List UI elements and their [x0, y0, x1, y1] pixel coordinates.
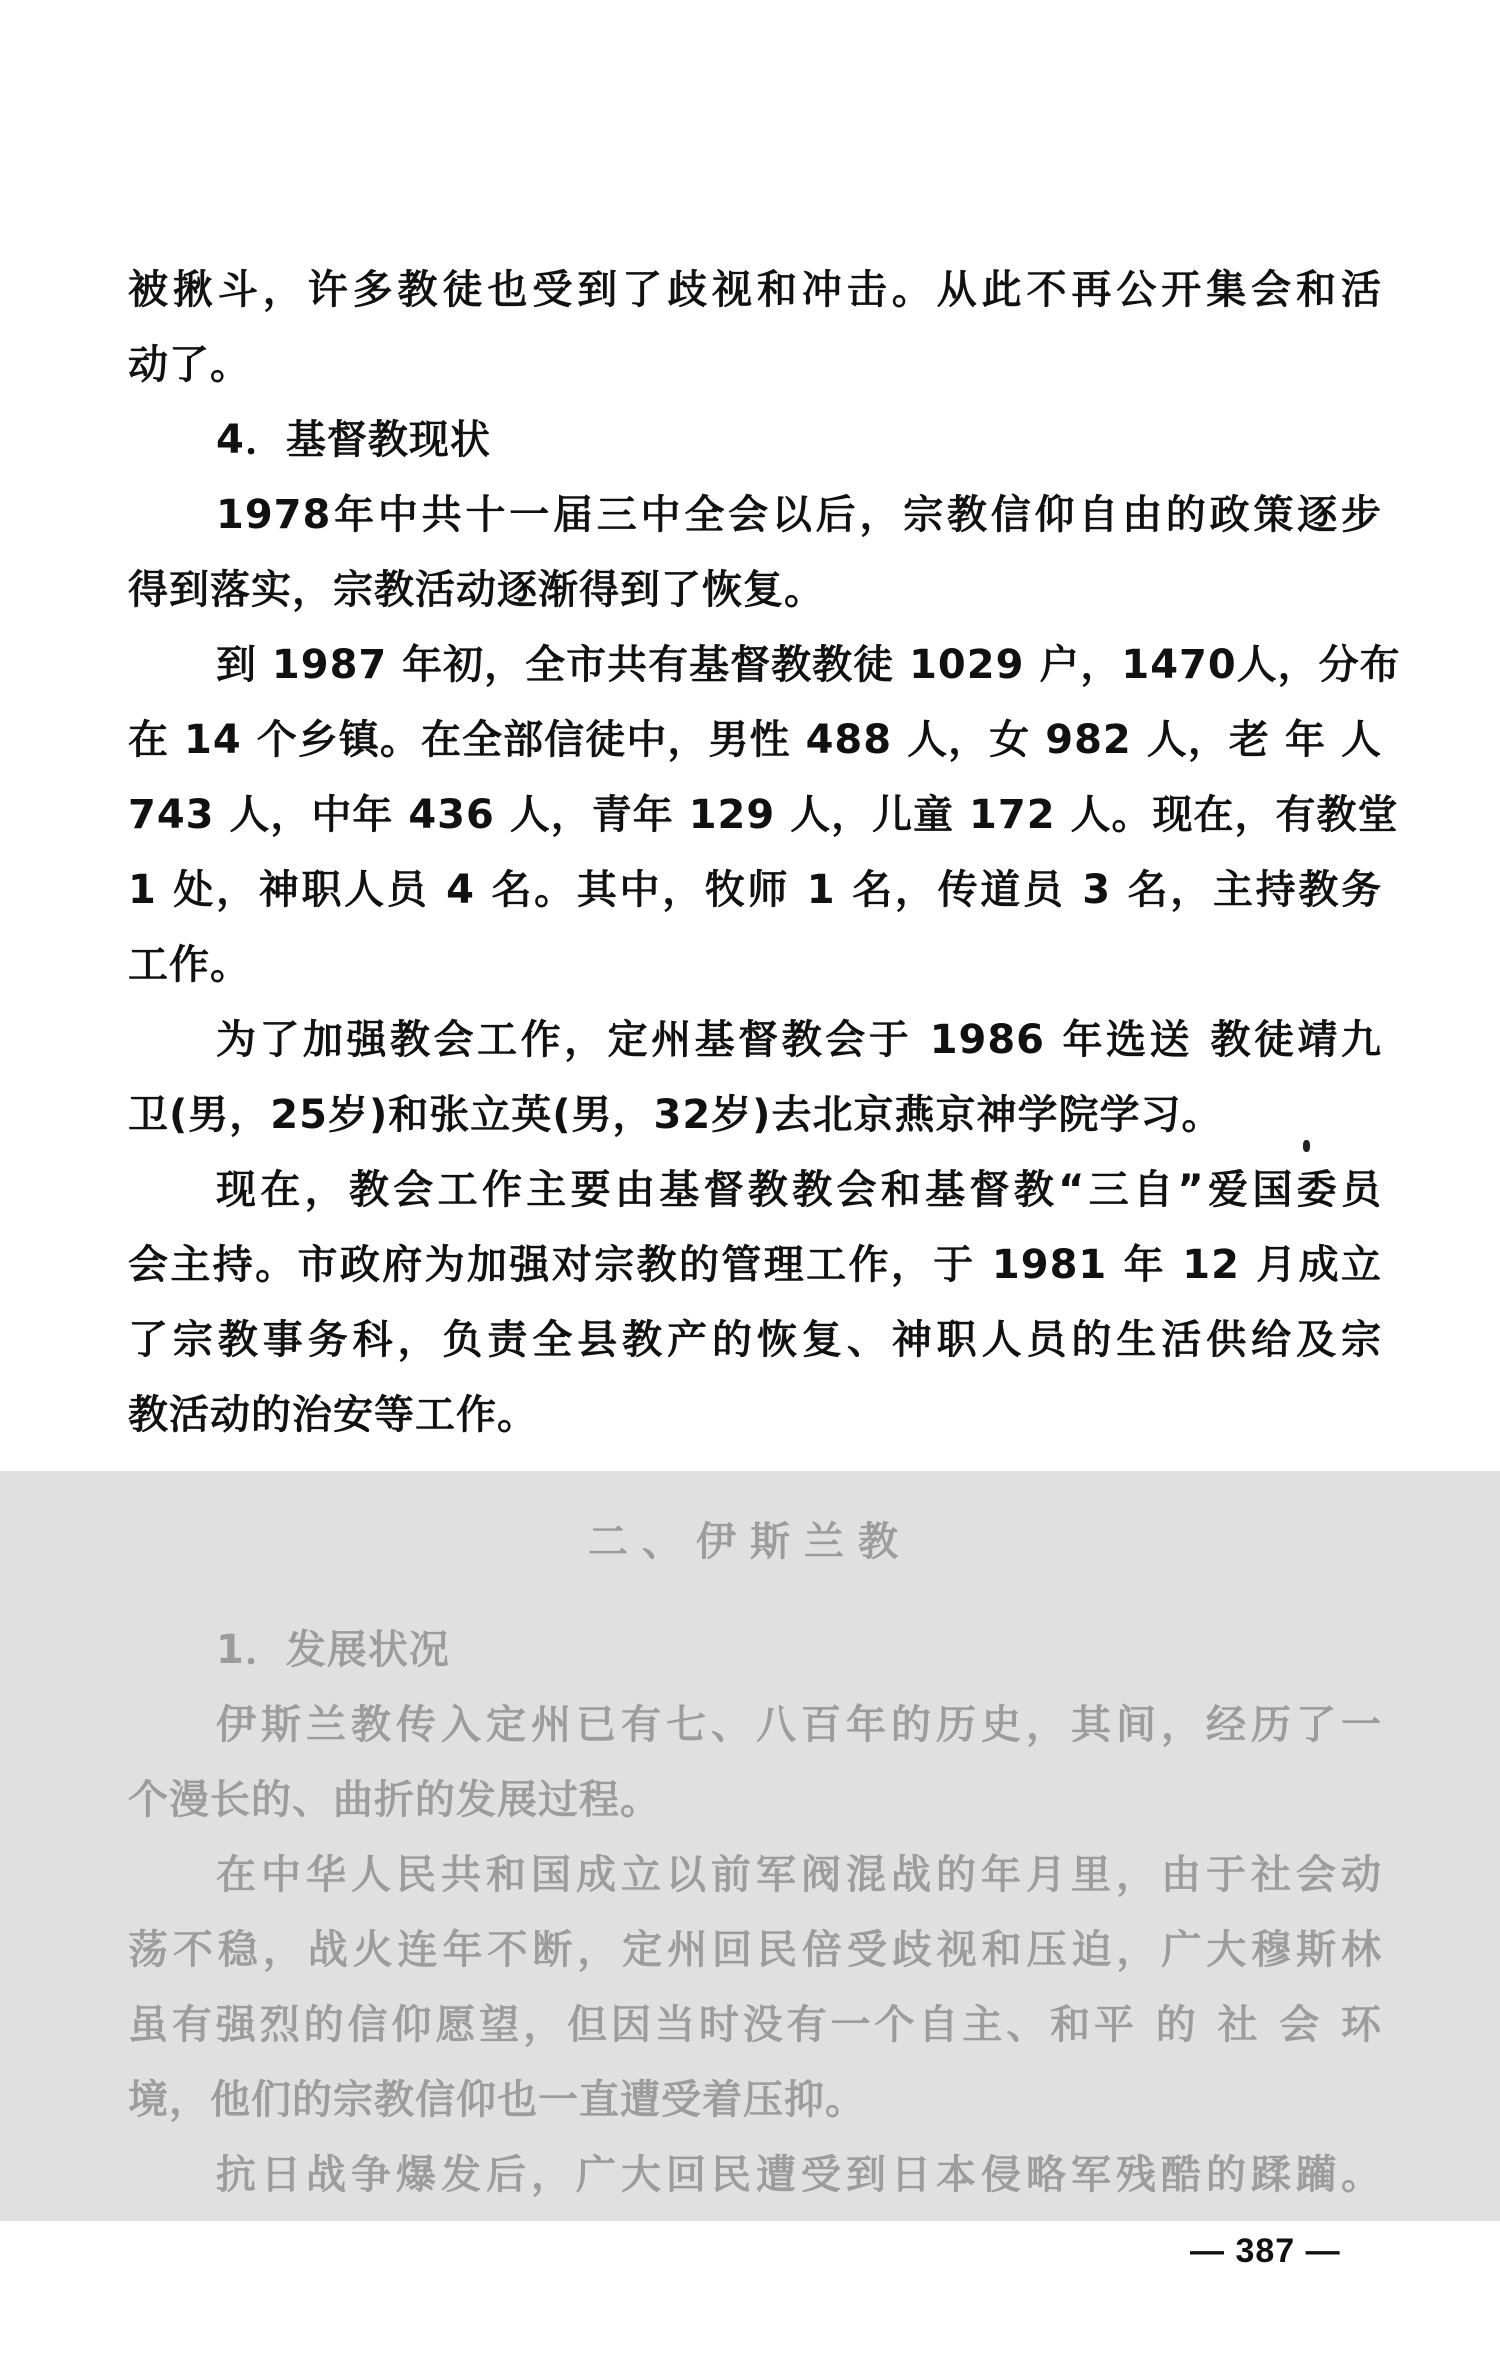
text-line: 到 1987 年初，全市共有基督教教徒 1029 户，1470人，分布 — [216, 640, 1382, 690]
text-line: 荡不稳，战火连年不断，定州回民倍受歧视和压迫，广大穆斯林 — [128, 1925, 1382, 1975]
text-line: 743 人，中年 436 人，青年 129 人，儿童 172 人。现在，有教堂 — [128, 790, 1382, 840]
subheading-christianity-status: 4．基督教现状 — [216, 415, 1470, 465]
text-line: 1978年中共十一届三中全会以后，宗教信仰自由的政策逐步 — [216, 490, 1382, 540]
document-page: 被揪斗，许多教徒也受到了歧视和冲击。从此不再公开集会和活 动了。 4．基督教现状… — [0, 0, 1500, 2370]
text-line: 1 处，神职人员 4 名。其中，牧师 1 名，传道员 3 名，主持教务 — [128, 865, 1382, 915]
text-line: 个漫长的、曲折的发展过程。 — [128, 1775, 1382, 1825]
text-line: 工作。 — [128, 940, 1382, 990]
print-speck — [1303, 1140, 1310, 1152]
text-line: 为了加强教会工作，定州基督教会于 1986 年选送 教徒靖九 — [216, 1015, 1382, 1065]
text-line: 虽有强烈的信仰愿望，但因当时没有一个自主、和平 的 社 会 环 — [128, 2000, 1382, 2050]
text-line: 动了。 — [128, 340, 1382, 390]
text-line: 在中华人民共和国成立以前军阀混战的年月里，由于社会动 — [216, 1850, 1382, 1900]
subheading-development: 1．发展状况 — [216, 1625, 1470, 1675]
text-line: 被揪斗，许多教徒也受到了歧视和冲击。从此不再公开集会和活 — [128, 265, 1382, 315]
text-line: 在 14 个乡镇。在全部信徒中，男性 488 人，女 982 人，老 年 人 — [128, 715, 1382, 765]
text-line: 了宗教事务科，负责全县教产的恢复、神职人员的生活供给及宗 — [128, 1315, 1382, 1365]
page-number: — 387 — — [1190, 2232, 1341, 2271]
text-line: 境，他们的宗教信仰也一直遭受着压抑。 — [128, 2075, 1382, 2125]
text-line: 会主持。市政府为加强对宗教的管理工作，于 1981 年 12 月成立 — [128, 1240, 1382, 1290]
text-line: 教活动的治安等工作。 — [128, 1390, 1382, 1440]
text-line: 抗日战争爆发后，广大回民遭受到日本侵略军残酷的蹂躏。 — [216, 2150, 1382, 2200]
text-line: 卫(男，25岁)和张立英(男，32岁)去北京燕京神学院学习。 — [128, 1090, 1382, 1140]
text-line: 得到落实，宗教活动逐渐得到了恢复。 — [128, 565, 1382, 615]
text-line: 伊斯兰教传入定州已有七、八百年的历史，其间，经历了一 — [216, 1700, 1382, 1750]
text-line: 现在，教会工作主要由基督教教会和基督教“三自”爱国委员 — [216, 1165, 1382, 1215]
section-title-islam: 二、伊斯兰教 — [0, 1517, 1500, 1567]
